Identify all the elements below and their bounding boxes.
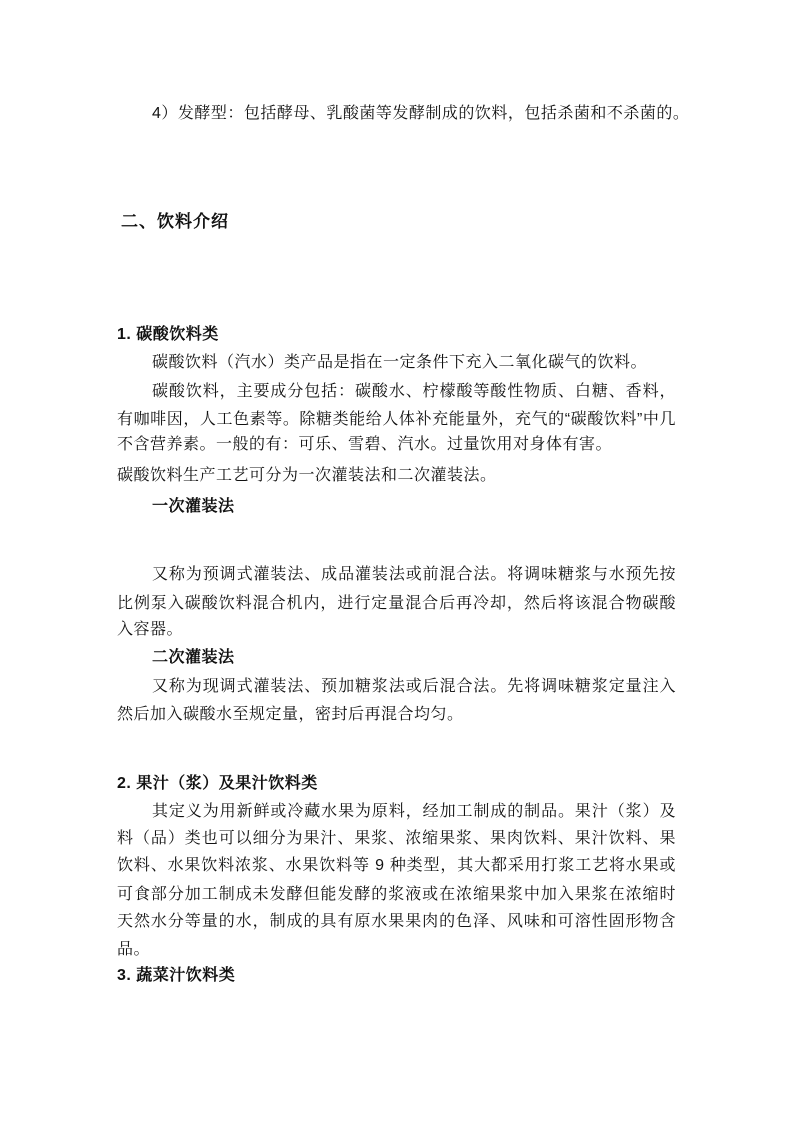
sub-heading-one-step-filling: 一次灌装法 <box>152 492 235 522</box>
paragraph-line: 比例泵入碳酸饮料混合机内，进行定量混合后再冷却，然后将该混合物碳酸化再装 <box>117 589 676 619</box>
chapter-heading-beverage-intro: 二、饮料介绍 <box>121 207 229 237</box>
paragraph-line: 又称为预调式灌装法、成品灌装法或前混合法。将调味糖浆与水预先按照一定 <box>152 560 676 590</box>
paragraph-line: 可食部分加工制成未发酵但能发酵的浆液或在浓缩果浆中加入果浆在浓缩时失去的 <box>117 880 676 910</box>
paragraph-line: 又称为现调式灌装法、预加糖浆法或后混合法。先将调味糖浆定量注入容器中， <box>152 672 676 702</box>
section-heading-carbonated: 1. 碳酸饮料类 <box>117 320 219 350</box>
paragraph-line: 碳酸饮料，主要成分包括：碳酸水、柠檬酸等酸性物质、白糖、香料，有些含 <box>152 377 676 407</box>
section-heading-juice: 2. 果汁（浆）及果汁饮料类 <box>117 769 318 799</box>
paragraph-line: 料（品）类也可以细分为果汁、果浆、浓缩果浆、果肉饮料、果汁饮料、果粒果汁 <box>117 824 676 854</box>
paragraph-line: 入容器。 <box>117 615 183 645</box>
document-page: 4）发酵型：包括酵母、乳酸菌等发酵制成的饮料，包括杀菌和不杀菌的。 二、饮料介绍… <box>0 0 793 1122</box>
paragraph-line: 碳酸饮料生产工艺可分为一次灌装法和二次灌装法。 <box>117 461 497 491</box>
paragraph-line: 不含营养素。一般的有：可乐、雪碧、汽水。过量饮用对身体有害。 <box>117 430 612 460</box>
paragraph-line: 天然水分等量的水，制成的具有原水果果肉的色泽、风味和可溶性固形物含量的制 <box>117 907 676 937</box>
list-item-fermented-type: 4）发酵型：包括酵母、乳酸菌等发酵制成的饮料，包括杀菌和不杀菌的。 <box>152 99 689 129</box>
paragraph-line: 其定义为用新鲜或冷藏水果为原料，经加工制成的制品。果汁（浆）及果汁饮 <box>152 797 676 827</box>
sub-heading-two-step-filling: 二次灌装法 <box>152 643 235 673</box>
paragraph-line: 然后加入碳酸水至规定量，密封后再混合均匀。 <box>117 700 464 730</box>
paragraph-line: 碳酸饮料（汽水）类产品是指在一定条件下充入二氧化碳气的饮料。 <box>152 348 647 378</box>
paragraph-line: 饮料、水果饮料浓浆、水果饮料等 9 种类型，其大都采用打浆工艺将水果或水果的 <box>117 851 676 881</box>
section-heading-vegetable-juice: 3. 蔬菜汁饮料类 <box>117 961 235 991</box>
